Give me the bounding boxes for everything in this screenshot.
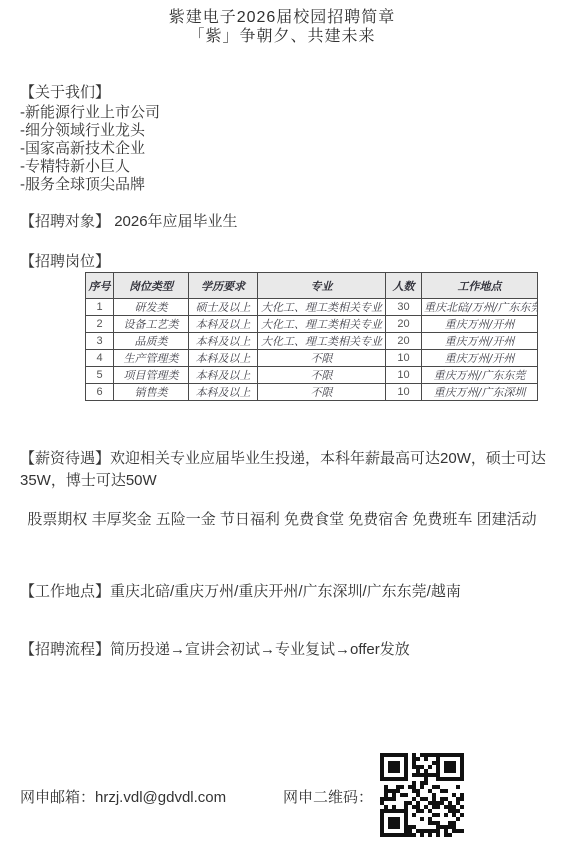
- positions-heading: 【招聘岗位】: [20, 250, 110, 271]
- cell-major: 大化工、理工类相关专业: [258, 299, 386, 316]
- cell-degree: 本科及以上: [189, 384, 258, 401]
- title-line2: 「紫」争朝夕、共建未来: [0, 27, 564, 46]
- section-benefits: 股票期权 丰厚奖金 五险一金 节日福利 免费食堂 免费宿舍 免费班车 团建活动: [18, 508, 546, 531]
- cell-location: 重庆万州/开州: [422, 316, 538, 333]
- cell-location: 重庆万州/广东东莞: [422, 367, 538, 384]
- qr-label: 网申二维码：: [283, 786, 373, 807]
- cell-type: 生产管理类: [114, 350, 189, 367]
- col-header-type: 岗位类型: [114, 273, 189, 299]
- about-heading: 【关于我们】: [20, 84, 160, 102]
- cell-degree: 本科及以上: [189, 367, 258, 384]
- table-row: 6 销售类 本科及以上 不限 10 重庆万州/广东深圳: [86, 384, 538, 401]
- cell-degree: 本科及以上: [189, 350, 258, 367]
- about-item: -国家高新技术企业: [20, 140, 160, 158]
- cell-location: 重庆北碚/万州/广东东莞: [422, 299, 538, 316]
- about-item: -新能源行业上市公司: [20, 104, 160, 122]
- cell-count: 10: [386, 384, 422, 401]
- cell-type: 研发类: [114, 299, 189, 316]
- section-about: 【关于我们】 -新能源行业上市公司 -细分领域行业龙头 -国家高新技术企业 -专…: [20, 84, 160, 194]
- cell-count: 10: [386, 350, 422, 367]
- cell-major: 大化工、理工类相关专业: [258, 316, 386, 333]
- about-item: -细分领域行业龙头: [20, 122, 160, 140]
- cell-seq: 2: [86, 316, 114, 333]
- col-header-major: 专业: [258, 273, 386, 299]
- cell-location: 重庆万州/开州: [422, 333, 538, 350]
- cell-type: 项目管理类: [114, 367, 189, 384]
- table-row: 4 生产管理类 本科及以上 不限 10 重庆万州/开州: [86, 350, 538, 367]
- about-item: -专精特新小巨人: [20, 158, 160, 176]
- col-header-count: 人数: [386, 273, 422, 299]
- cell-type: 设备工艺类: [114, 316, 189, 333]
- cell-degree: 本科及以上: [189, 333, 258, 350]
- recruitment-flyer: 紫建电子2026届校园招聘简章 「紫」争朝夕、共建未来 【关于我们】 -新能源行…: [0, 0, 564, 854]
- cell-location: 重庆万州/开州: [422, 350, 538, 367]
- table-row: 2 设备工艺类 本科及以上 大化工、理工类相关专业 20 重庆万州/开州: [86, 316, 538, 333]
- cell-location: 重庆万州/广东深圳: [422, 384, 538, 401]
- cell-major: 不限: [258, 350, 386, 367]
- page-title: 紫建电子2026届校园招聘简章 「紫」争朝夕、共建未来: [0, 8, 564, 46]
- target-label: 【招聘对象】: [20, 213, 110, 230]
- cell-major: 不限: [258, 384, 386, 401]
- about-item: -服务全球顶尖品牌: [20, 176, 160, 194]
- cell-major: 不限: [258, 367, 386, 384]
- col-header-degree: 学历要求: [189, 273, 258, 299]
- cell-major: 大化工、理工类相关专业: [258, 333, 386, 350]
- table-row: 5 项目管理类 本科及以上 不限 10 重庆万州/广东东莞: [86, 367, 538, 384]
- positions-table: 序号 岗位类型 学历要求 专业 人数 工作地点 1 研发类 硕士及以上 大化工、…: [85, 272, 538, 401]
- qr-code-icon: [380, 753, 464, 837]
- footer-email: 网申邮箱：hrzj.vdl@gdvdl.com: [20, 786, 226, 807]
- cell-type: 销售类: [114, 384, 189, 401]
- cell-type: 品质类: [114, 333, 189, 350]
- email-label: 网申邮箱：: [20, 789, 95, 806]
- cell-count: 30: [386, 299, 422, 316]
- cell-count: 20: [386, 316, 422, 333]
- cell-count: 20: [386, 333, 422, 350]
- email-value: hrzj.vdl@gdvdl.com: [95, 789, 226, 806]
- section-process: 【招聘流程】简历投递→宣讲会初试→专业复试→offer发放: [20, 638, 410, 659]
- cell-degree: 硕士及以上: [189, 299, 258, 316]
- cell-seq: 5: [86, 367, 114, 384]
- section-target: 【招聘对象】 2026年应届毕业生: [20, 210, 238, 231]
- table-row: 1 研发类 硕士及以上 大化工、理工类相关专业 30 重庆北碚/万州/广东东莞: [86, 299, 538, 316]
- table-header-row: 序号 岗位类型 学历要求 专业 人数 工作地点: [86, 273, 538, 299]
- cell-seq: 3: [86, 333, 114, 350]
- section-locations: 【工作地点】重庆北碚/重庆万州/重庆开州/广东深圳/广东东莞/越南: [20, 580, 461, 601]
- cell-seq: 1: [86, 299, 114, 316]
- cell-count: 10: [386, 367, 422, 384]
- cell-seq: 4: [86, 350, 114, 367]
- col-header-seq: 序号: [86, 273, 114, 299]
- section-salary: 【薪资待遇】欢迎相关专业应届毕业生投递，本科年薪最高可达20W，硕士可达35W，…: [20, 448, 546, 492]
- title-line1: 紫建电子2026届校园招聘简章: [0, 8, 564, 27]
- cell-degree: 本科及以上: [189, 316, 258, 333]
- target-value: 2026年应届毕业生: [114, 213, 237, 230]
- col-header-location: 工作地点: [422, 273, 538, 299]
- table-row: 3 品质类 本科及以上 大化工、理工类相关专业 20 重庆万州/开州: [86, 333, 538, 350]
- cell-seq: 6: [86, 384, 114, 401]
